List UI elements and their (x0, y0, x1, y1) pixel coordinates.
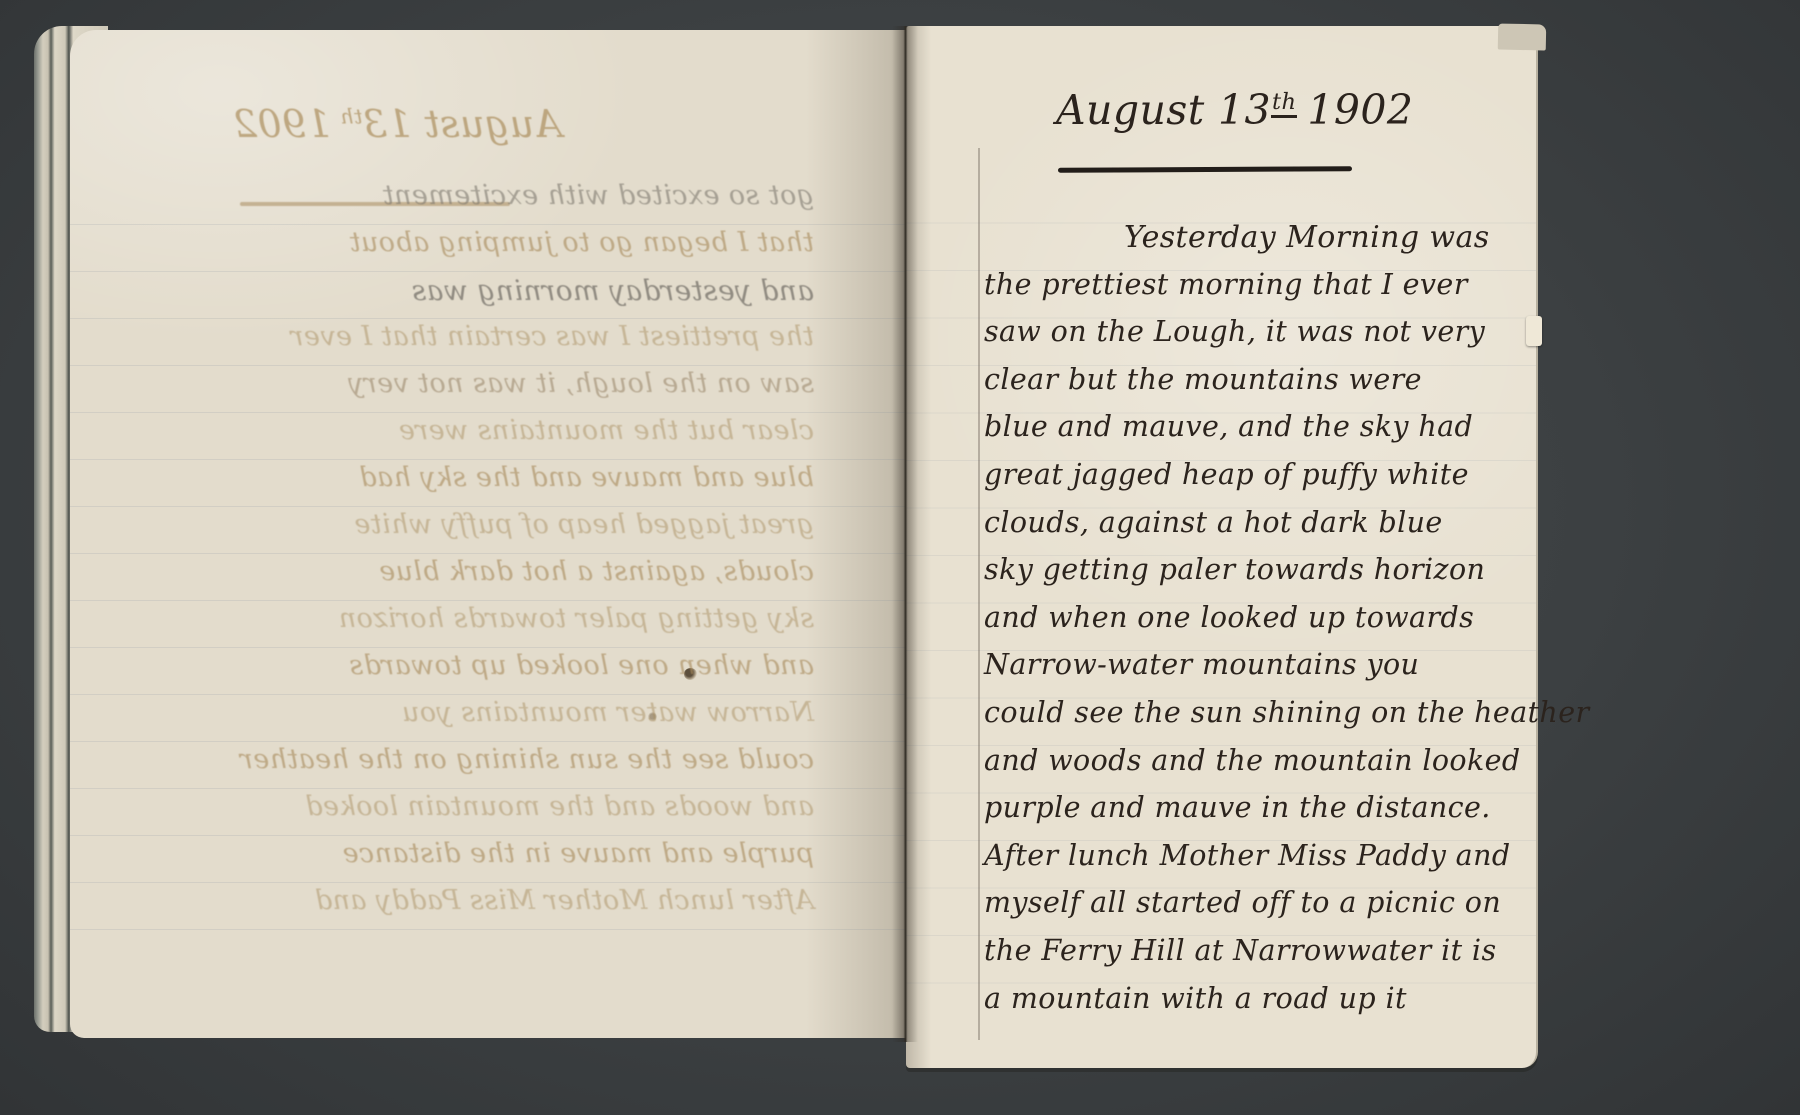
bleed-handwriting-line: Narrow water mountains you (124, 697, 814, 744)
date-ordinal: th (1271, 89, 1297, 118)
bleed-date-prefix: August 13 (362, 102, 562, 146)
handwriting-line: purple and mauve in the distance. (984, 791, 1536, 839)
margin-line (978, 148, 980, 1040)
bleed-date-year: 1902 (233, 102, 331, 146)
handwriting-line: clouds, against a hot dark blue (984, 506, 1536, 554)
handwriting-line: blue and mauve, and the sky had (984, 410, 1536, 458)
handwriting-line: the Ferry Hill at Narrowwater it is (984, 934, 1536, 982)
handwriting-line: could see the sun shining on the heather (984, 696, 1536, 744)
bleed-handwriting-line: clear but the mountains were (124, 415, 814, 462)
bleed-handwriting-line: got so excited with excitement (124, 180, 814, 227)
bleed-handwriting-line: and when one looked up towards (124, 650, 814, 697)
book-gutter (892, 26, 918, 1042)
handwriting-line: Yesterday Morning was (984, 220, 1536, 268)
bleed-date-ordinal: th (340, 104, 363, 128)
bleed-handwriting-line: clouds, against a hot dark blue (124, 556, 814, 603)
handwriting-line: After lunch Mother Miss Paddy and (984, 839, 1536, 887)
bleed-through-text: August 13th1902 got so excited with exci… (118, 84, 820, 922)
bleed-handwriting-line: saw on the lough, it was not very (124, 368, 814, 415)
handwriting-line: sky getting paler towards horizon (984, 553, 1536, 601)
bleed-handwriting-line: could see the sun shining on the heather (124, 744, 814, 791)
handwriting-line: clear but the mountains were (984, 363, 1536, 411)
handwriting-line: great jagged heap of puffy white (984, 458, 1536, 506)
bleed-handwriting-line: purple and mauve in the distance (124, 838, 814, 885)
date-prefix: August 13 (1056, 86, 1271, 134)
handwriting-line: myself all started off to a picnic on (984, 886, 1536, 934)
entry-date-heading: August 13th1902 (1056, 86, 1413, 134)
bleed-handwriting-line: great jagged heap of puffy white (124, 509, 814, 556)
bleed-handwriting-line: the prettiest I was certain that I ever (124, 321, 814, 368)
diary-scan: { "scene": { "background_color": "#3c404… (0, 0, 1800, 1115)
bleed-handwriting-line: blue and mauve and the sky had (124, 462, 814, 509)
bleed-handwriting-line: and yesterday morning was (124, 274, 814, 321)
page-edge-sliver (1498, 24, 1547, 51)
handwriting-line: saw on the Lough, it was not very (984, 315, 1536, 363)
bleed-handwriting-line: that I began go to jumping about (124, 227, 814, 274)
handwriting-line: the prettiest morning that I ever (984, 268, 1536, 316)
handwriting-line: Narrow-water mountains you (984, 648, 1536, 696)
handwriting-line: and woods and the mountain looked (984, 744, 1536, 792)
bleed-handwriting-line: After lunch Mother Miss Paddy and (124, 885, 814, 932)
bleed-handwriting-line: sky getting paler towards horizon (124, 603, 814, 650)
date-year: 1902 (1307, 86, 1413, 134)
diary-entry-text: Yesterday Morning wasthe prettiest morni… (984, 220, 1536, 1029)
bleed-entry-date: August 13th1902 (233, 102, 563, 146)
bleed-handwriting-line: and woods and the mountain looked (124, 791, 814, 838)
handwriting-line: a mountain with a road up it (984, 982, 1536, 1030)
handwriting-line: and when one looked up towards (984, 601, 1536, 649)
bleed-lines: got so excited with excitementthat I beg… (124, 180, 814, 932)
